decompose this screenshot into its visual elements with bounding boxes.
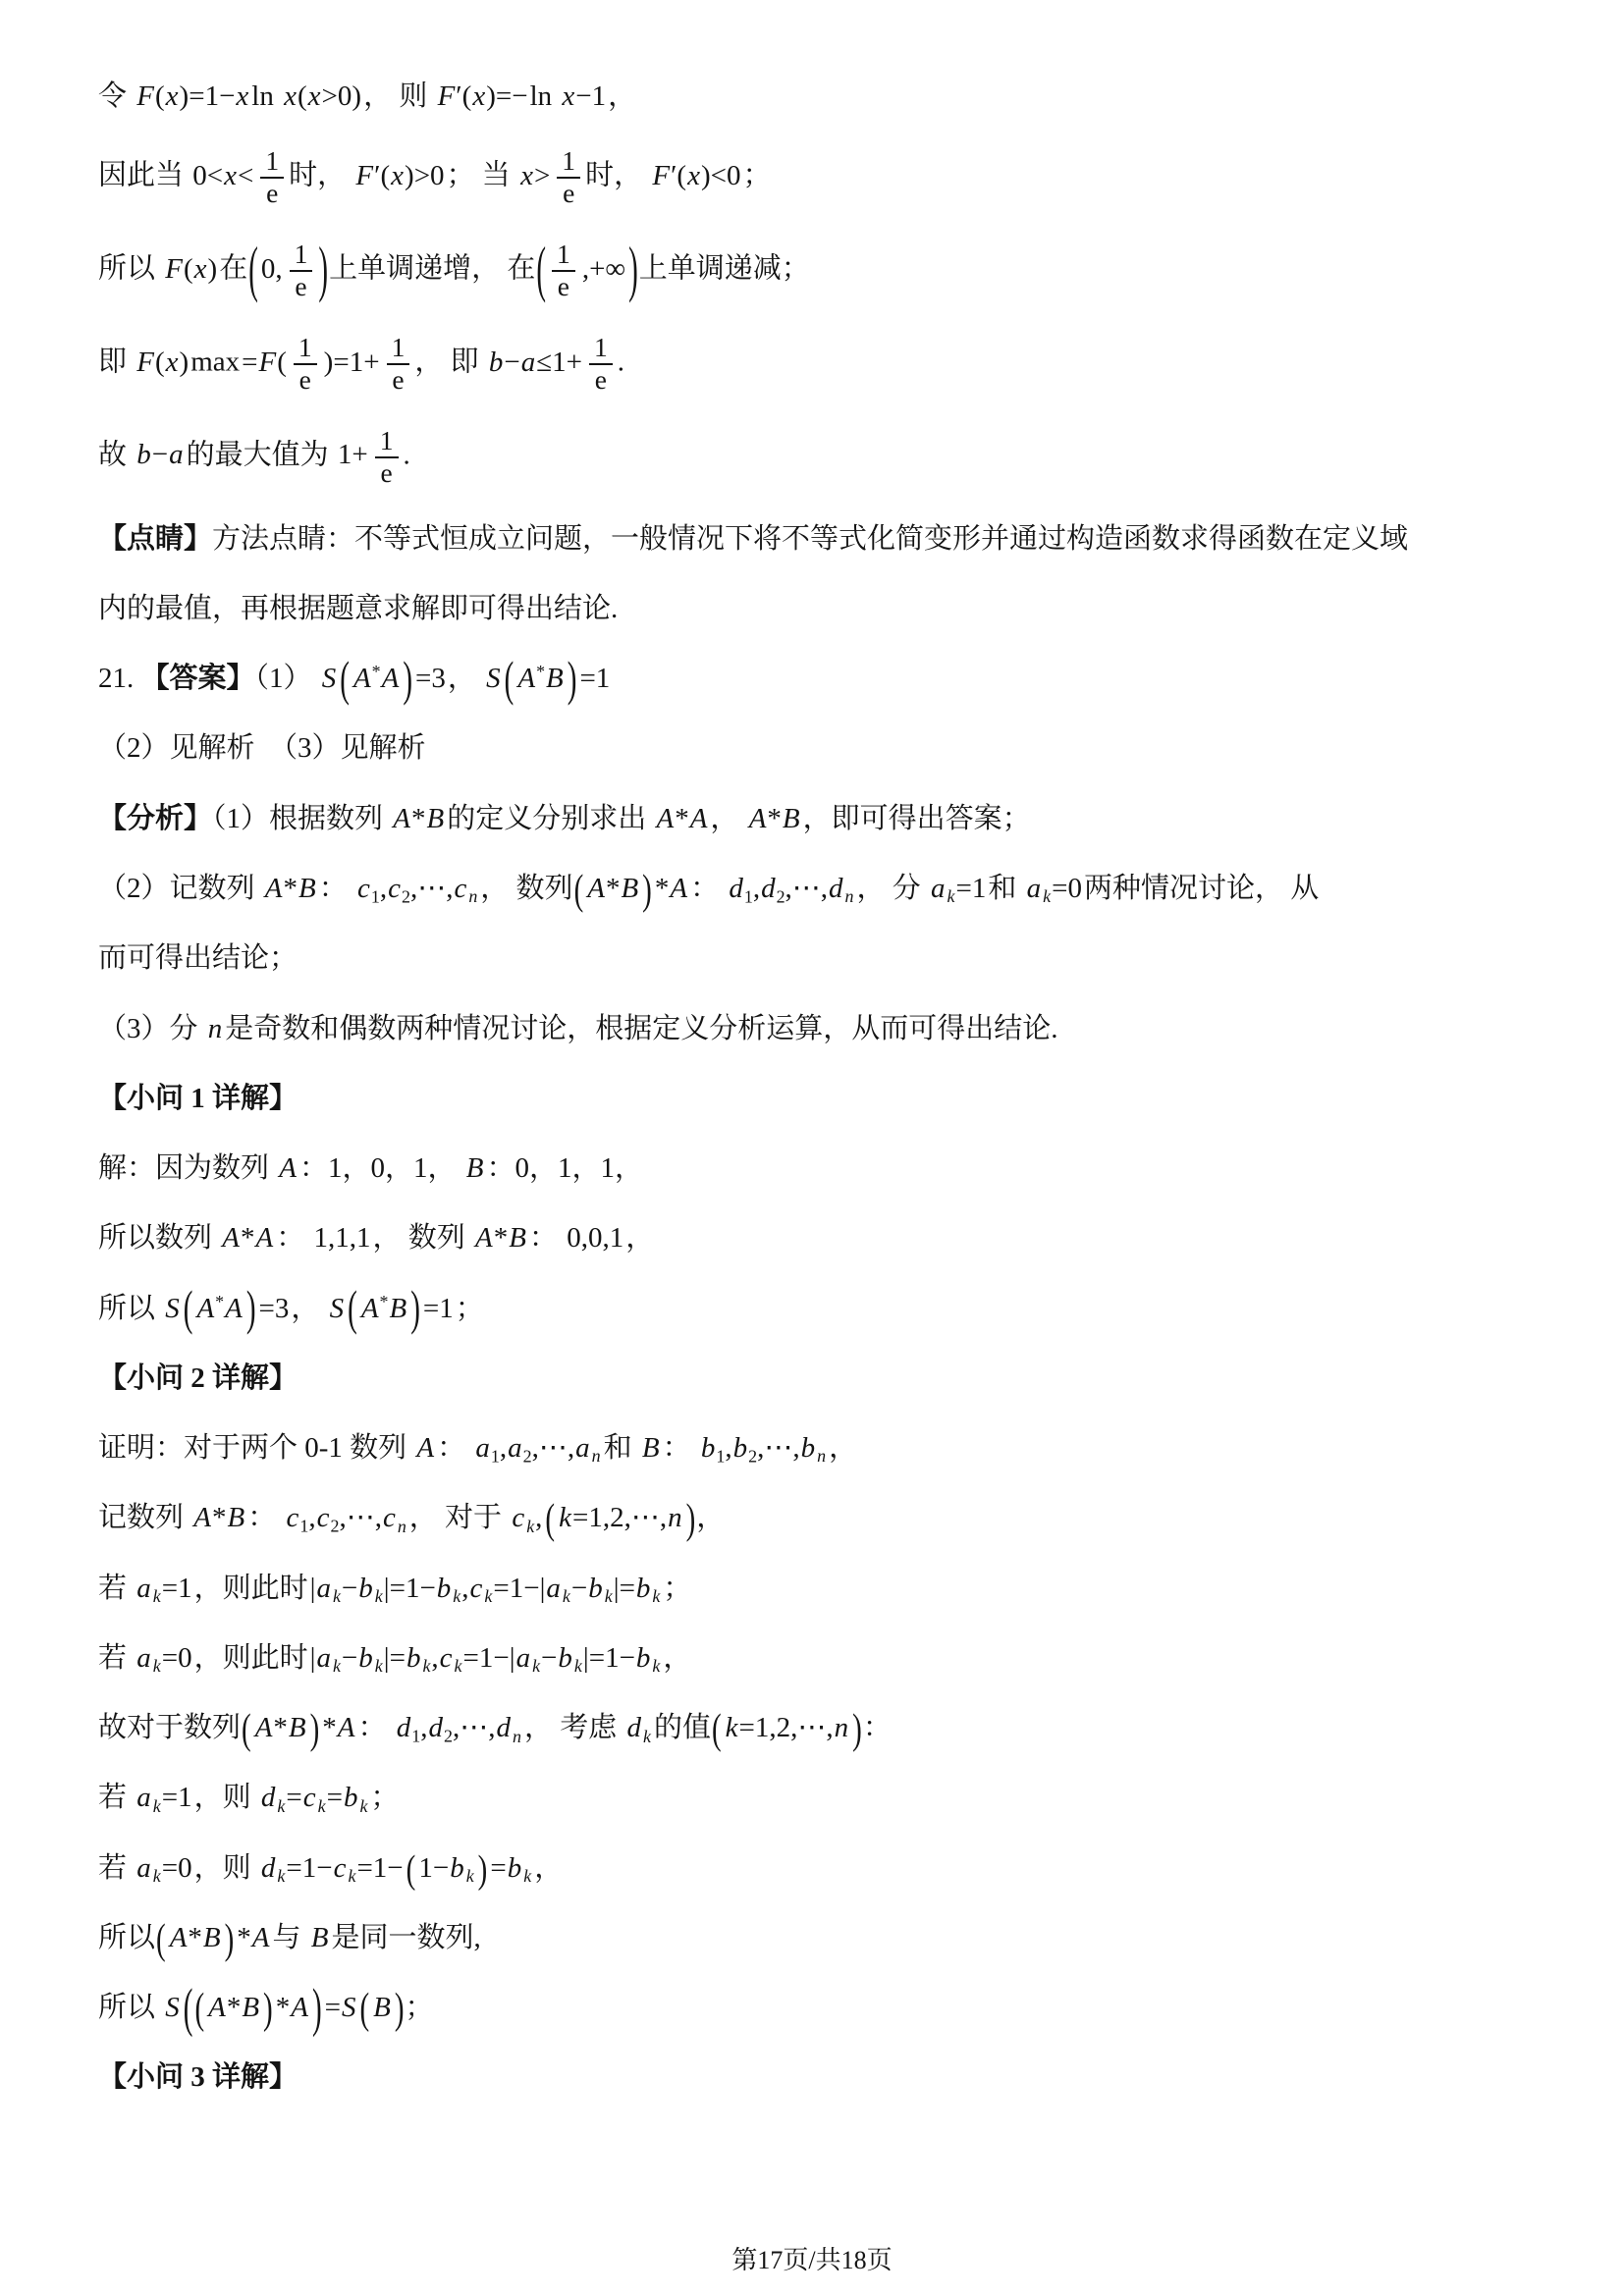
math-expression: 0<x< <box>192 160 253 191</box>
big-paren: ) <box>312 1983 322 2037</box>
math-expression: A*B <box>392 803 445 834</box>
text-line-16: 所以数列 A*A： 1,1,1， 数列 A*B： 0,0,1， <box>98 1219 1538 1256</box>
text-run: 和 <box>988 873 1023 904</box>
text-run: ； <box>742 160 771 191</box>
math-expression: ak=0 <box>1026 873 1082 904</box>
math-expression: ak=1 <box>135 1573 191 1604</box>
text-run: 内的最值，再根据题意求解即可得出结论. <box>98 593 618 624</box>
text-line-27: 所以 S((A*B)*A)=S(B)； <box>98 1989 1538 2026</box>
math-expression: ak=1 <box>930 873 986 904</box>
text-run: 若 <box>98 1573 134 1604</box>
big-paren: ( <box>536 240 546 302</box>
math-expression: B <box>310 1922 330 1953</box>
text-run: ； 当 <box>447 160 518 191</box>
text-run: 21. <box>98 663 141 694</box>
math-expression: F(x) <box>135 347 189 378</box>
math-expression: ak=1 <box>135 1782 191 1813</box>
math-expression: B <box>641 1432 661 1464</box>
text-line-13: （3）分 n是奇数和偶数两种情况讨论，根据定义分析运算，从而可得出结论. <box>98 1010 1538 1047</box>
text-run: 上单调递减； <box>639 253 810 285</box>
math-expression: S <box>485 663 502 694</box>
big-paren: ) <box>318 240 328 302</box>
text-run: 的最大值为 <box>187 439 336 470</box>
text-run: 令 <box>98 80 134 112</box>
text-run: max <box>190 347 240 378</box>
text-run: 证明：对于两个 0-1 数列 <box>98 1432 413 1464</box>
text-run: 若 <box>98 1852 134 1884</box>
text-run: ， <box>663 1642 691 1674</box>
text-run: 与 <box>273 1922 308 1953</box>
math-expression: 1−bk <box>418 1852 474 1884</box>
text-line-22: 若 ak=0，则此时|ak−bk|=bk,ck=1−|ak−bk|=1−bk， <box>98 1639 1538 1677</box>
math-expression: 0, <box>261 253 283 285</box>
text-run: 的定义分别求出 <box>447 803 653 834</box>
math-expression: =1 <box>579 663 610 694</box>
text-run: ， <box>448 663 483 694</box>
text-line-18: 【小问 2 详解】 <box>98 1360 1538 1397</box>
text-run: ： <box>663 1432 698 1464</box>
math-expression: S <box>329 1293 346 1324</box>
text-line-10: 【分析】（1）根据数列 A*B的定义分别求出 A*A， A*B，即可得出答案； <box>98 800 1538 837</box>
math-expression: S <box>164 1293 181 1324</box>
text-line-20: 记数列 A*B： c1,c2,⋯,cn， 对于 ck,(k=1,2,⋯,n)， <box>98 1499 1538 1536</box>
section-label: 【分析】 <box>98 803 212 834</box>
big-paren: ) <box>310 1709 320 1752</box>
text-run: ln <box>530 80 560 112</box>
text-run: ， 则 <box>363 80 435 112</box>
math-expression: ,+∞ <box>582 253 625 285</box>
math-expression: A*B <box>516 663 564 694</box>
big-paren: ) <box>246 1286 256 1334</box>
big-paren: ( <box>406 1850 416 1891</box>
math-expression: d1,d2,⋯,dn <box>728 873 854 904</box>
section-label: 【点睛】 <box>98 523 212 555</box>
text-line-4: 即 F(x)max=F(1e)=1+1e， 即 b−a≤1+1e. <box>98 334 1538 395</box>
text-run: （2）记数列 <box>98 873 262 904</box>
text-run: ， <box>291 1293 326 1324</box>
math-expression: A*A <box>655 803 708 834</box>
big-paren: ) <box>225 1919 235 1962</box>
math-expression: A <box>415 1432 435 1464</box>
text-run: ln <box>251 80 281 112</box>
fraction: 1e <box>290 240 313 301</box>
text-run: （3）分 <box>98 1013 205 1044</box>
big-paren: ( <box>340 657 350 705</box>
math-expression: 1+ <box>338 439 368 470</box>
math-expression: x> <box>519 160 550 191</box>
math-expression: *A <box>655 873 688 904</box>
text-run: 时， <box>585 160 649 191</box>
text-run: ， <box>534 1852 563 1884</box>
text-run: ：1，0，1， <box>299 1152 463 1184</box>
math-expression: S <box>321 663 338 694</box>
math-expression: ak=0 <box>135 1852 191 1884</box>
math-expression: d1,d2,⋯,dn <box>396 1712 522 1743</box>
text-run: ： <box>863 1712 892 1743</box>
text-run: ， <box>696 1502 725 1533</box>
math-expression: F′(x)<0 <box>651 160 740 191</box>
text-run: ，即可得出答案； <box>803 803 1031 834</box>
text-run: （1）根据数列 <box>212 803 390 834</box>
math-expression: A*B <box>192 1502 245 1533</box>
math-expression: |ak−bk|=bk,ck=1−|ak−bk|=1−bk <box>310 1642 662 1674</box>
text-run: ： <box>358 1712 394 1743</box>
math-expression: =3 <box>415 663 446 694</box>
math-expression: ck, <box>511 1502 542 1533</box>
math-expression: A*B <box>264 873 317 904</box>
math-expression: 0,0,1 <box>567 1222 623 1254</box>
math-expression: A*B <box>169 1922 222 1953</box>
big-paren: ) <box>478 1850 488 1891</box>
math-expression: a1,a2,⋯,an <box>474 1432 601 1464</box>
math-expression: k=1,2,⋯,n <box>558 1502 682 1533</box>
fraction: 1e <box>294 334 317 395</box>
text-run: 方法点睛：不等式恒成立问题，一般情况下将不等式化简变形并通过构造函数求得函数在定… <box>212 523 1408 555</box>
math-expression: c1,c2,⋯,cn <box>356 873 478 904</box>
text-run: 时， <box>289 160 352 191</box>
text-run: ： <box>437 1432 472 1464</box>
math-expression: dk <box>626 1712 652 1743</box>
text-line-23: 故对于数列(A*B)*A： d1,d2,⋯,dn， 考虑 dk的值(k=1,2,… <box>98 1709 1538 1746</box>
text-run: ，则 <box>194 1782 258 1813</box>
text-run: ， <box>710 803 745 834</box>
big-paren: ) <box>852 1709 862 1752</box>
text-run: 因此当 <box>98 160 190 191</box>
math-expression: F(x) <box>164 253 217 285</box>
text-run: ； <box>663 1573 691 1604</box>
text-run: ：0，1，1， <box>486 1152 643 1184</box>
big-paren: ( <box>242 1709 251 1752</box>
text-run: ， <box>608 80 636 112</box>
text-run: . <box>618 347 624 378</box>
text-line-9: （2）见解析 （3）见解析 <box>98 729 1538 767</box>
text-run: ， 即 <box>414 347 486 378</box>
math-expression: A <box>278 1152 298 1184</box>
math-expression: F(x)=1−x <box>135 80 249 112</box>
big-paren: ( <box>184 1286 193 1334</box>
text-run: 若 <box>98 1782 134 1813</box>
fraction: 1e <box>589 334 613 395</box>
text-run: ： <box>247 1502 283 1533</box>
document-body: 令 F(x)=1−xln x(x>0)， 则 F′(x)=−ln x−1，因此当… <box>0 0 1624 2097</box>
text-run: 是同一数列, <box>332 1922 481 1953</box>
big-paren: ) <box>395 1988 405 2032</box>
text-run: （1） <box>255 663 319 694</box>
math-expression: k=1,2,⋯,n <box>725 1712 849 1743</box>
text-line-25: 若 ak=0，则 dk=1−ck=1−(1−bk)=bk， <box>98 1849 1538 1887</box>
text-run: （2）见解析 （3）见解析 <box>98 732 426 764</box>
big-paren: ( <box>348 1286 357 1334</box>
big-paren: ) <box>642 870 652 913</box>
text-line-14: 【小问 1 详解】 <box>98 1080 1538 1117</box>
text-line-1: 令 F(x)=1−xln x(x>0)， 则 F′(x)=−ln x−1， <box>98 78 1538 115</box>
text-line-28: 【小问 3 详解】 <box>98 2058 1538 2096</box>
math-expression: b1,b2,⋯,bn <box>700 1432 827 1464</box>
big-paren: ) <box>410 1286 420 1334</box>
text-run: 所以 <box>98 1293 162 1324</box>
math-expression: F′(x)>0 <box>354 160 444 191</box>
math-expression: =bk <box>490 1852 532 1884</box>
text-run: 所以数列 <box>98 1222 219 1254</box>
math-expression: =1 <box>423 1293 454 1324</box>
big-paren: ( <box>359 1988 369 2032</box>
text-run: 上单调递增， 在 <box>329 253 535 285</box>
math-expression: 1,1,1 <box>313 1222 370 1254</box>
math-expression: =S <box>325 1992 357 2023</box>
text-run: ： <box>529 1222 565 1254</box>
fraction: 1e <box>557 147 580 208</box>
text-line-15: 解：因为数列 A：1，0，1， B：0，1，1， <box>98 1149 1538 1187</box>
math-expression: =F( <box>242 347 287 378</box>
math-expression: B <box>465 1152 485 1184</box>
text-run: 若 <box>98 1642 134 1674</box>
math-expression: *A <box>276 1992 309 2023</box>
text-run: 的值 <box>654 1712 711 1743</box>
math-expression: A*B <box>254 1712 307 1743</box>
math-expression: )=1+ <box>324 347 380 378</box>
math-expression: c1,c2,⋯,cn <box>285 1502 406 1533</box>
text-run: ，则此时 <box>194 1573 308 1604</box>
math-expression: A*A <box>352 663 400 694</box>
text-run: ： <box>319 873 354 904</box>
big-paren: ) <box>403 657 412 705</box>
text-run: 所以 <box>98 1992 162 2023</box>
math-expression: *A <box>237 1922 270 1953</box>
text-run: 是奇数和偶数两种情况讨论，根据定义分析运算，从而可得出结论. <box>225 1013 1057 1044</box>
text-run: 记数列 <box>98 1502 190 1533</box>
math-expression: *A <box>322 1712 355 1743</box>
section-label: 【小问 2 详解】 <box>98 1362 298 1394</box>
big-paren: ( <box>156 1919 166 1962</box>
math-expression: dk=ck=bk <box>260 1782 369 1813</box>
math-expression: A*B <box>207 1992 260 2023</box>
fraction: 1e <box>552 240 575 301</box>
math-expression: A*B <box>360 1293 407 1324</box>
text-line-19: 证明：对于两个 0-1 数列 A： a1,a2,⋯,an和 B： b1,b2,⋯… <box>98 1429 1538 1467</box>
text-run: 和 <box>604 1432 639 1464</box>
math-expression: =3 <box>259 1293 290 1324</box>
text-run: 所以 <box>98 1922 155 1953</box>
math-expression: b−a≤1+ <box>488 347 582 378</box>
math-expression: x−1 <box>561 80 606 112</box>
text-run: 而可得出结论； <box>98 942 298 974</box>
text-run: ： <box>690 873 726 904</box>
text-run: ， 数列 <box>480 873 572 904</box>
text-run: 故对于数列 <box>98 1712 241 1743</box>
big-paren: ( <box>545 1499 555 1542</box>
big-paren: ) <box>686 1499 696 1542</box>
text-line-7: 内的最值，再根据题意求解即可得出结论. <box>98 590 1538 627</box>
math-expression: |ak−bk|=1−bk,ck=1−|ak−bk|=bk <box>310 1573 662 1604</box>
text-line-2: 因此当 0<x<1e时， F′(x)>0； 当 x>1e时， F′(x)<0； <box>98 147 1538 208</box>
math-expression: S <box>164 1992 181 2023</box>
text-run: ； <box>456 1293 484 1324</box>
text-run: ， <box>829 1432 857 1464</box>
text-line-11: （2）记数列 A*B： c1,c2,⋯,cn， 数列(A*B)*A： d1,d2… <box>98 870 1538 907</box>
text-line-8: 21. 【答案】（1） S(A*A)=3， S(A*B)=1 <box>98 660 1538 697</box>
fraction: 1e <box>260 147 284 208</box>
text-run: ： <box>276 1222 311 1254</box>
big-paren: ( <box>184 1983 193 2037</box>
section-label: 【小问 3 详解】 <box>98 2061 298 2093</box>
math-expression: n <box>207 1013 224 1044</box>
math-expression: A*B <box>474 1222 527 1254</box>
text-run: ， 数列 <box>372 1222 472 1254</box>
section-label: 【小问 1 详解】 <box>98 1083 298 1114</box>
big-paren: ) <box>568 657 577 705</box>
text-line-3: 所以 F(x)在(0,1e)上单调递增， 在(1e,+∞)上单调递减； <box>98 240 1538 301</box>
big-paren: ( <box>712 1709 722 1752</box>
section-label: 【答案】 <box>141 663 255 694</box>
math-expression: A*A <box>195 1293 243 1324</box>
math-expression: x(x>0) <box>283 80 361 112</box>
text-run: ，则此时 <box>194 1642 308 1674</box>
text-run: 两种情况讨论， 从 <box>1084 873 1319 904</box>
text-run: 所以 <box>98 253 162 285</box>
math-expression: dk=1−ck=1− <box>260 1852 404 1884</box>
math-expression: A*B <box>586 873 639 904</box>
text-run: ； <box>370 1782 399 1813</box>
math-expression: ak=0 <box>135 1642 191 1674</box>
big-paren: ( <box>194 1988 204 2032</box>
text-run: 即 <box>98 347 134 378</box>
text-line-17: 所以 S(A*A)=3， S(A*B)=1； <box>98 1290 1538 1327</box>
math-expression: b−a <box>135 439 184 470</box>
text-line-12: 而可得出结论； <box>98 939 1538 977</box>
big-paren: ) <box>263 1988 273 2032</box>
text-run: ， 对于 <box>409 1502 510 1533</box>
text-line-5: 故 b−a的最大值为 1+1e. <box>98 427 1538 488</box>
text-run: ， 分 <box>857 873 929 904</box>
big-paren: ( <box>505 657 514 705</box>
big-paren: ) <box>628 240 638 302</box>
text-run: ， <box>625 1222 654 1254</box>
text-run: 解：因为数列 <box>98 1152 276 1184</box>
math-expression: A*B <box>748 803 801 834</box>
text-run: ， 考虑 <box>524 1712 624 1743</box>
text-run: . <box>404 439 410 470</box>
text-run: ； <box>406 1992 434 2023</box>
big-paren: ( <box>248 240 258 302</box>
text-run: 在 <box>219 253 247 285</box>
fraction: 1e <box>375 427 399 488</box>
text-run: 故 <box>98 439 134 470</box>
math-expression: A*A <box>221 1222 274 1254</box>
page-number: 第17页/共18页 <box>0 2240 1624 2276</box>
text-line-21: 若 ak=1，则此时|ak−bk|=1−bk,ck=1−|ak−bk|=bk； <box>98 1570 1538 1607</box>
math-expression: B <box>372 1992 392 2023</box>
text-run: ，则 <box>194 1852 258 1884</box>
text-line-26: 所以(A*B)*A与 B是同一数列, <box>98 1919 1538 1956</box>
text-line-6: 【点睛】方法点睛：不等式恒成立问题，一般情况下将不等式化简变形并通过构造函数求得… <box>98 520 1538 558</box>
text-line-24: 若 ak=1，则 dk=ck=bk； <box>98 1779 1538 1816</box>
big-paren: ( <box>574 870 584 913</box>
fraction: 1e <box>387 334 410 395</box>
math-expression: F′(x)=− <box>437 80 528 112</box>
